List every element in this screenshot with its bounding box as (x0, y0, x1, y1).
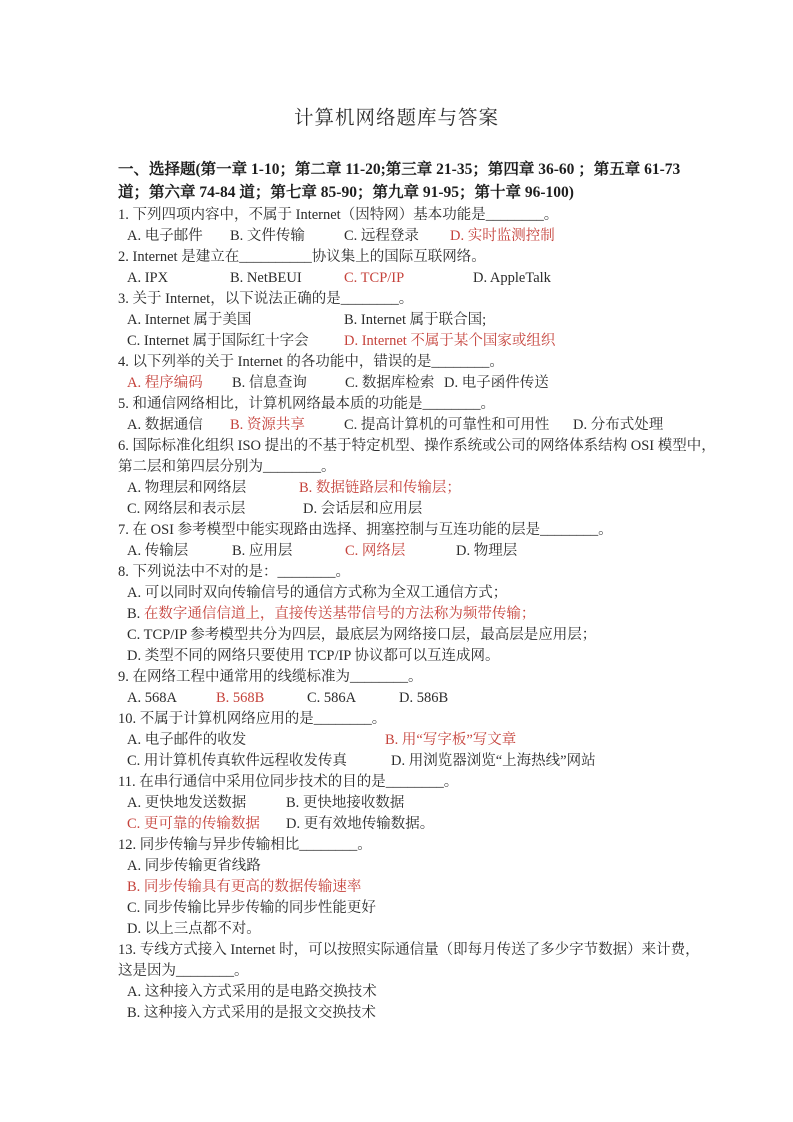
text-run: B. Internet 属于联合国; (344, 312, 486, 328)
option-b: B. 在数字通信信道上，直接传送基带信号的方法称为频带传输； (127, 604, 535, 625)
question-stem: 6. 国际标准化组织 ISO 提出的不基于特定机型、操作系统或公司的网络体系结构… (118, 436, 716, 457)
text-line: A. Internet 属于美国B. Internet 属于联合国; (0, 310, 793, 331)
option-d: D. 实时监测控制 (450, 226, 555, 247)
question-stem: 5. 和通信网络相比，计算机网络最本质的功能是________。 (118, 394, 495, 415)
text-run: A. 传输层 (127, 543, 188, 559)
option-a: A. 传输层 (127, 541, 188, 562)
option-a: A. IPX (127, 268, 168, 289)
text-line: A. IPXB. NetBEUIC. TCP/IPD. AppleTalk (0, 268, 793, 289)
text-run: A. 可以同时双向传输信号的通信方式称为全双工通信方式； (127, 585, 507, 601)
question-stem: 12. 同步传输与异步传输相比________。 (118, 835, 372, 856)
option-c: C. 提高计算机的可靠性和可用性 (344, 415, 549, 436)
answer-highlight: D. 实时监测控制 (450, 228, 555, 244)
question-stem: 9. 在网络工程中通常用的线缆标准为________。 (118, 667, 423, 688)
text-run: D. 更有效地传输数据。 (286, 816, 434, 832)
section-heading-line-1: 一、选择题(第一章 1-10；第二章 11-20;第三章 21-35；第四章 3… (118, 158, 680, 181)
text-line: 3. 关于 Internet，以下说法正确的是________。 (0, 289, 793, 310)
text-line: C. 网络层和表示层D. 会话层和应用层 (0, 499, 793, 520)
option-d: D. 分布式处理 (573, 415, 663, 436)
option-a: A. 电子邮件的收发 (127, 730, 246, 751)
question-stem: 13. 专线方式接入 Internet 时，可以按照实际通信量（即每月传送了多少… (118, 940, 700, 961)
text-run: A. 同步传输更省线路 (127, 858, 261, 874)
text-line: B. 在数字通信信道上，直接传送基带信号的方法称为频带传输； (0, 604, 793, 625)
text-line: B. 这种接入方式采用的是报文交换技术 (0, 1003, 793, 1024)
option-a: A. 这种接入方式采用的是电路交换技术 (127, 982, 377, 1003)
text-run: C. 提高计算机的可靠性和可用性 (344, 417, 549, 433)
text-run: B. NetBEUI (230, 270, 302, 286)
text-run: D. 用浏览器浏览“上海热线”网站 (391, 753, 596, 769)
text-run: D. 以上三点都不对。 (127, 921, 261, 937)
option-a: A. Internet 属于美国 (127, 310, 251, 331)
option-d: D. 以上三点都不对。 (127, 919, 261, 940)
text-run: 13. 专线方式接入 Internet 时，可以按照实际通信量（即每月传送了多少… (118, 942, 700, 958)
question-stem: 4. 以下列举的关于 Internet 的各功能中，错误的是________。 (118, 352, 504, 373)
option-b: B. 资源共享 (230, 415, 305, 436)
text-run: 这是因为________。 (118, 963, 249, 979)
text-run: B. 文件传输 (230, 228, 305, 244)
exam-document-page: 计算机网络题库与答案 一、选择题(第一章 1-10；第二章 11-20;第三章 … (0, 0, 793, 1122)
answer-highlight: B. 资源共享 (230, 417, 305, 433)
text-run: A. 电子邮件的收发 (127, 732, 246, 748)
question-stem: 7. 在 OSI 参考模型中能实现路由选择、拥塞控制与互连功能的层是______… (118, 520, 613, 541)
text-run: D. 586B (399, 690, 448, 706)
text-line: C. Internet 属于国际红十字会D. Internet 不属于某个国家或… (0, 331, 793, 352)
text-line: A. 传输层B. 应用层C. 网络层D. 物理层 (0, 541, 793, 562)
option-c: C. 网络层和表示层 (127, 499, 245, 520)
text-line: A. 电子邮件B. 文件传输C. 远程登录D. 实时监测控制 (0, 226, 793, 247)
question-stem: 1. 下列四项内容中，不属于 Internet（因特网）基本功能是_______… (118, 205, 558, 226)
text-run: 10. 不属于计算机网络应用的是________。 (118, 711, 386, 727)
option-c: C. TCP/IP 参考模型共分为四层，最底层为网络接口层，最高层是应用层； (127, 625, 596, 646)
option-b: B. 568B (216, 688, 264, 709)
option-a: A. 程序编码 (127, 373, 203, 394)
text-line: A. 更快地发送数据B. 更快地接收数据 (0, 793, 793, 814)
text-line: 7. 在 OSI 参考模型中能实现路由选择、拥塞控制与互连功能的层是______… (0, 520, 793, 541)
text-line: A. 这种接入方式采用的是电路交换技术 (0, 982, 793, 1003)
section-heading-line-2: 道；第六章 74-84 道；第七章 85-90；第九章 91-95；第十章 96… (118, 181, 574, 204)
option-b: B. Internet 属于联合国; (344, 310, 486, 331)
text-run: 7. 在 OSI 参考模型中能实现路由选择、拥塞控制与互连功能的层是______… (118, 522, 613, 538)
text-line: A. 物理层和网络层B. 数据链路层和传输层； (0, 478, 793, 499)
text-run: B. 更快地接收数据 (286, 795, 404, 811)
option-c: C. 数据库检索 (345, 373, 434, 394)
option-d: D. 会话层和应用层 (303, 499, 422, 520)
text-run: D. 分布式处理 (573, 417, 663, 433)
option-c: C. TCP/IP (344, 268, 404, 289)
text-line: 4. 以下列举的关于 Internet 的各功能中，错误的是________。 (0, 352, 793, 373)
text-line: 这是因为________。 (0, 961, 793, 982)
text-run: D. 物理层 (456, 543, 517, 559)
stem-continuation: 第二层和第四层分别为________。 (118, 457, 336, 478)
question-stem: 10. 不属于计算机网络应用的是________。 (118, 709, 386, 730)
option-b: B. 信息查询 (232, 373, 307, 394)
text-run: 12. 同步传输与异步传输相比________。 (118, 837, 372, 853)
option-a: A. 物理层和网络层 (127, 478, 246, 499)
text-run: C. 网络层和表示层 (127, 501, 245, 517)
text-run: B. (127, 606, 144, 622)
text-run: 3. 关于 Internet，以下说法正确的是________。 (118, 291, 413, 307)
option-c: C. 网络层 (345, 541, 405, 562)
option-a: A. 数据通信 (127, 415, 203, 436)
text-line: 2. Internet 是建立在__________协议集上的国际互联网络。 (0, 247, 793, 268)
text-run: 11. 在串行通信中采用位同步技术的目的是________。 (118, 774, 458, 790)
option-a: A. 更快地发送数据 (127, 793, 246, 814)
option-d: D. 用浏览器浏览“上海热线”网站 (391, 751, 596, 772)
text-line: B. 同步传输具有更高的数据传输速率 (0, 877, 793, 898)
option-c: C. 用计算机传真软件远程收发传真 (127, 751, 347, 772)
text-line: 8. 下列说法中不对的是：________。 (0, 562, 793, 583)
text-run: 4. 以下列举的关于 Internet 的各功能中，错误的是________。 (118, 354, 504, 370)
option-b: B. 这种接入方式采用的是报文交换技术 (127, 1003, 376, 1024)
option-b: B. 用“写字板”写文章 (385, 730, 516, 751)
question-stem: 8. 下列说法中不对的是：________。 (118, 562, 350, 583)
answer-highlight: C. 网络层 (345, 543, 405, 559)
option-c: C. 同步传输比异步传输的同步性能更好 (127, 898, 376, 919)
answer-highlight: B. 数据链路层和传输层； (299, 480, 461, 496)
option-b: B. NetBEUI (230, 268, 302, 289)
question-stem: 3. 关于 Internet，以下说法正确的是________。 (118, 289, 413, 310)
option-c: C. 586A (307, 688, 356, 709)
text-run: A. Internet 属于美国 (127, 312, 251, 328)
option-d: D. 物理层 (456, 541, 517, 562)
answer-highlight: C. TCP/IP (344, 270, 404, 286)
text-run: C. 远程登录 (344, 228, 419, 244)
option-a: A. 同步传输更省线路 (127, 856, 261, 877)
question-stem: 2. Internet 是建立在__________协议集上的国际互联网络。 (118, 247, 486, 268)
answer-highlight: 在数字通信信道上，直接传送基带信号的方法称为频带传输； (144, 606, 536, 622)
answer-highlight: D. Internet 不属于某个国家或组织 (344, 333, 555, 349)
text-line: D. 以上三点都不对。 (0, 919, 793, 940)
option-b: B. 应用层 (232, 541, 292, 562)
text-run: A. 更快地发送数据 (127, 795, 246, 811)
text-run: D. 会话层和应用层 (303, 501, 422, 517)
text-line: 11. 在串行通信中采用位同步技术的目的是________。 (0, 772, 793, 793)
text-line: A. 程序编码B. 信息查询C. 数据库检索D. 电子函件传送 (0, 373, 793, 394)
text-line: C. 同步传输比异步传输的同步性能更好 (0, 898, 793, 919)
text-run: C. 用计算机传真软件远程收发传真 (127, 753, 347, 769)
text-line: A. 同步传输更省线路 (0, 856, 793, 877)
text-run: 6. 国际标准化组织 ISO 提出的不基于特定机型、操作系统或公司的网络体系结构… (118, 438, 716, 454)
stem-continuation: 这是因为________。 (118, 961, 249, 982)
answer-highlight: B. 同步传输具有更高的数据传输速率 (127, 879, 361, 895)
text-line: C. TCP/IP 参考模型共分为四层，最底层为网络接口层，最高层是应用层； (0, 625, 793, 646)
text-run: B. 应用层 (232, 543, 292, 559)
text-run: D. AppleTalk (473, 270, 551, 286)
question-stem: 11. 在串行通信中采用位同步技术的目的是________。 (118, 772, 458, 793)
option-a: A. 可以同时双向传输信号的通信方式称为全双工通信方式； (127, 583, 507, 604)
option-b: B. 文件传输 (230, 226, 305, 247)
answer-highlight: A. 程序编码 (127, 375, 203, 391)
text-run: D. 电子函件传送 (444, 375, 549, 391)
option-c: C. Internet 属于国际红十字会 (127, 331, 309, 352)
text-run: A. 这种接入方式采用的是电路交换技术 (127, 984, 377, 1000)
text-line: 12. 同步传输与异步传输相比________。 (0, 835, 793, 856)
document-title: 计算机网络题库与答案 (0, 102, 793, 130)
option-d: D. 类型不同的网络只要使用 TCP/IP 协议都可以互连成网。 (127, 646, 499, 667)
answer-highlight: C. 更可靠的传输数据 (127, 816, 260, 832)
text-run: 第二层和第四层分别为________。 (118, 459, 336, 475)
text-run: 1. 下列四项内容中，不属于 Internet（因特网）基本功能是_______… (118, 207, 558, 223)
text-line: D. 类型不同的网络只要使用 TCP/IP 协议都可以互连成网。 (0, 646, 793, 667)
text-run: 5. 和通信网络相比，计算机网络最本质的功能是________。 (118, 396, 495, 412)
option-c: C. 远程登录 (344, 226, 419, 247)
option-d: D. 电子函件传送 (444, 373, 549, 394)
text-line: 13. 专线方式接入 Internet 时，可以按照实际通信量（即每月传送了多少… (0, 940, 793, 961)
option-d: D. AppleTalk (473, 268, 551, 289)
text-line: C. 更可靠的传输数据D. 更有效地传输数据。 (0, 814, 793, 835)
option-b: B. 数据链路层和传输层； (299, 478, 461, 499)
answer-highlight: B. 568B (216, 690, 264, 706)
text-run: C. TCP/IP 参考模型共分为四层，最底层为网络接口层，最高层是应用层； (127, 627, 596, 643)
text-line: A. 568AB. 568BC. 586AD. 586B (0, 688, 793, 709)
text-run: 8. 下列说法中不对的是：________。 (118, 564, 350, 580)
text-run: C. 同步传输比异步传输的同步性能更好 (127, 900, 376, 916)
text-run: A. 物理层和网络层 (127, 480, 246, 496)
text-run: B. 信息查询 (232, 375, 307, 391)
option-d: D. 更有效地传输数据。 (286, 814, 434, 835)
option-d: D. 586B (399, 688, 448, 709)
text-line: A. 可以同时双向传输信号的通信方式称为全双工通信方式； (0, 583, 793, 604)
text-run: C. Internet 属于国际红十字会 (127, 333, 309, 349)
text-line: C. 用计算机传真软件远程收发传真D. 用浏览器浏览“上海热线”网站 (0, 751, 793, 772)
text-run: 2. Internet 是建立在__________协议集上的国际互联网络。 (118, 249, 486, 265)
text-line: 第二层和第四层分别为________。 (0, 457, 793, 478)
text-run: A. IPX (127, 270, 168, 286)
text-line: 6. 国际标准化组织 ISO 提出的不基于特定机型、操作系统或公司的网络体系结构… (0, 436, 793, 457)
text-run: A. 电子邮件 (127, 228, 203, 244)
option-b: B. 同步传输具有更高的数据传输速率 (127, 877, 361, 898)
text-run: D. 类型不同的网络只要使用 TCP/IP 协议都可以互连成网。 (127, 648, 499, 664)
text-run: B. 这种接入方式采用的是报文交换技术 (127, 1005, 376, 1021)
text-run: 9. 在网络工程中通常用的线缆标准为________。 (118, 669, 423, 685)
text-line: 10. 不属于计算机网络应用的是________。 (0, 709, 793, 730)
option-d: D. Internet 不属于某个国家或组织 (344, 331, 555, 352)
answer-highlight: B. 用“写字板”写文章 (385, 732, 516, 748)
text-run: C. 数据库检索 (345, 375, 434, 391)
text-line: 9. 在网络工程中通常用的线缆标准为________。 (0, 667, 793, 688)
option-a: A. 568A (127, 688, 177, 709)
text-line: 1. 下列四项内容中，不属于 Internet（因特网）基本功能是_______… (0, 205, 793, 226)
option-a: A. 电子邮件 (127, 226, 203, 247)
text-run: A. 数据通信 (127, 417, 203, 433)
option-c: C. 更可靠的传输数据 (127, 814, 260, 835)
text-line: A. 电子邮件的收发B. 用“写字板”写文章 (0, 730, 793, 751)
text-line: 5. 和通信网络相比，计算机网络最本质的功能是________。 (0, 394, 793, 415)
text-line: A. 数据通信B. 资源共享C. 提高计算机的可靠性和可用性D. 分布式处理 (0, 415, 793, 436)
text-run: C. 586A (307, 690, 356, 706)
option-b: B. 更快地接收数据 (286, 793, 404, 814)
text-run: A. 568A (127, 690, 177, 706)
